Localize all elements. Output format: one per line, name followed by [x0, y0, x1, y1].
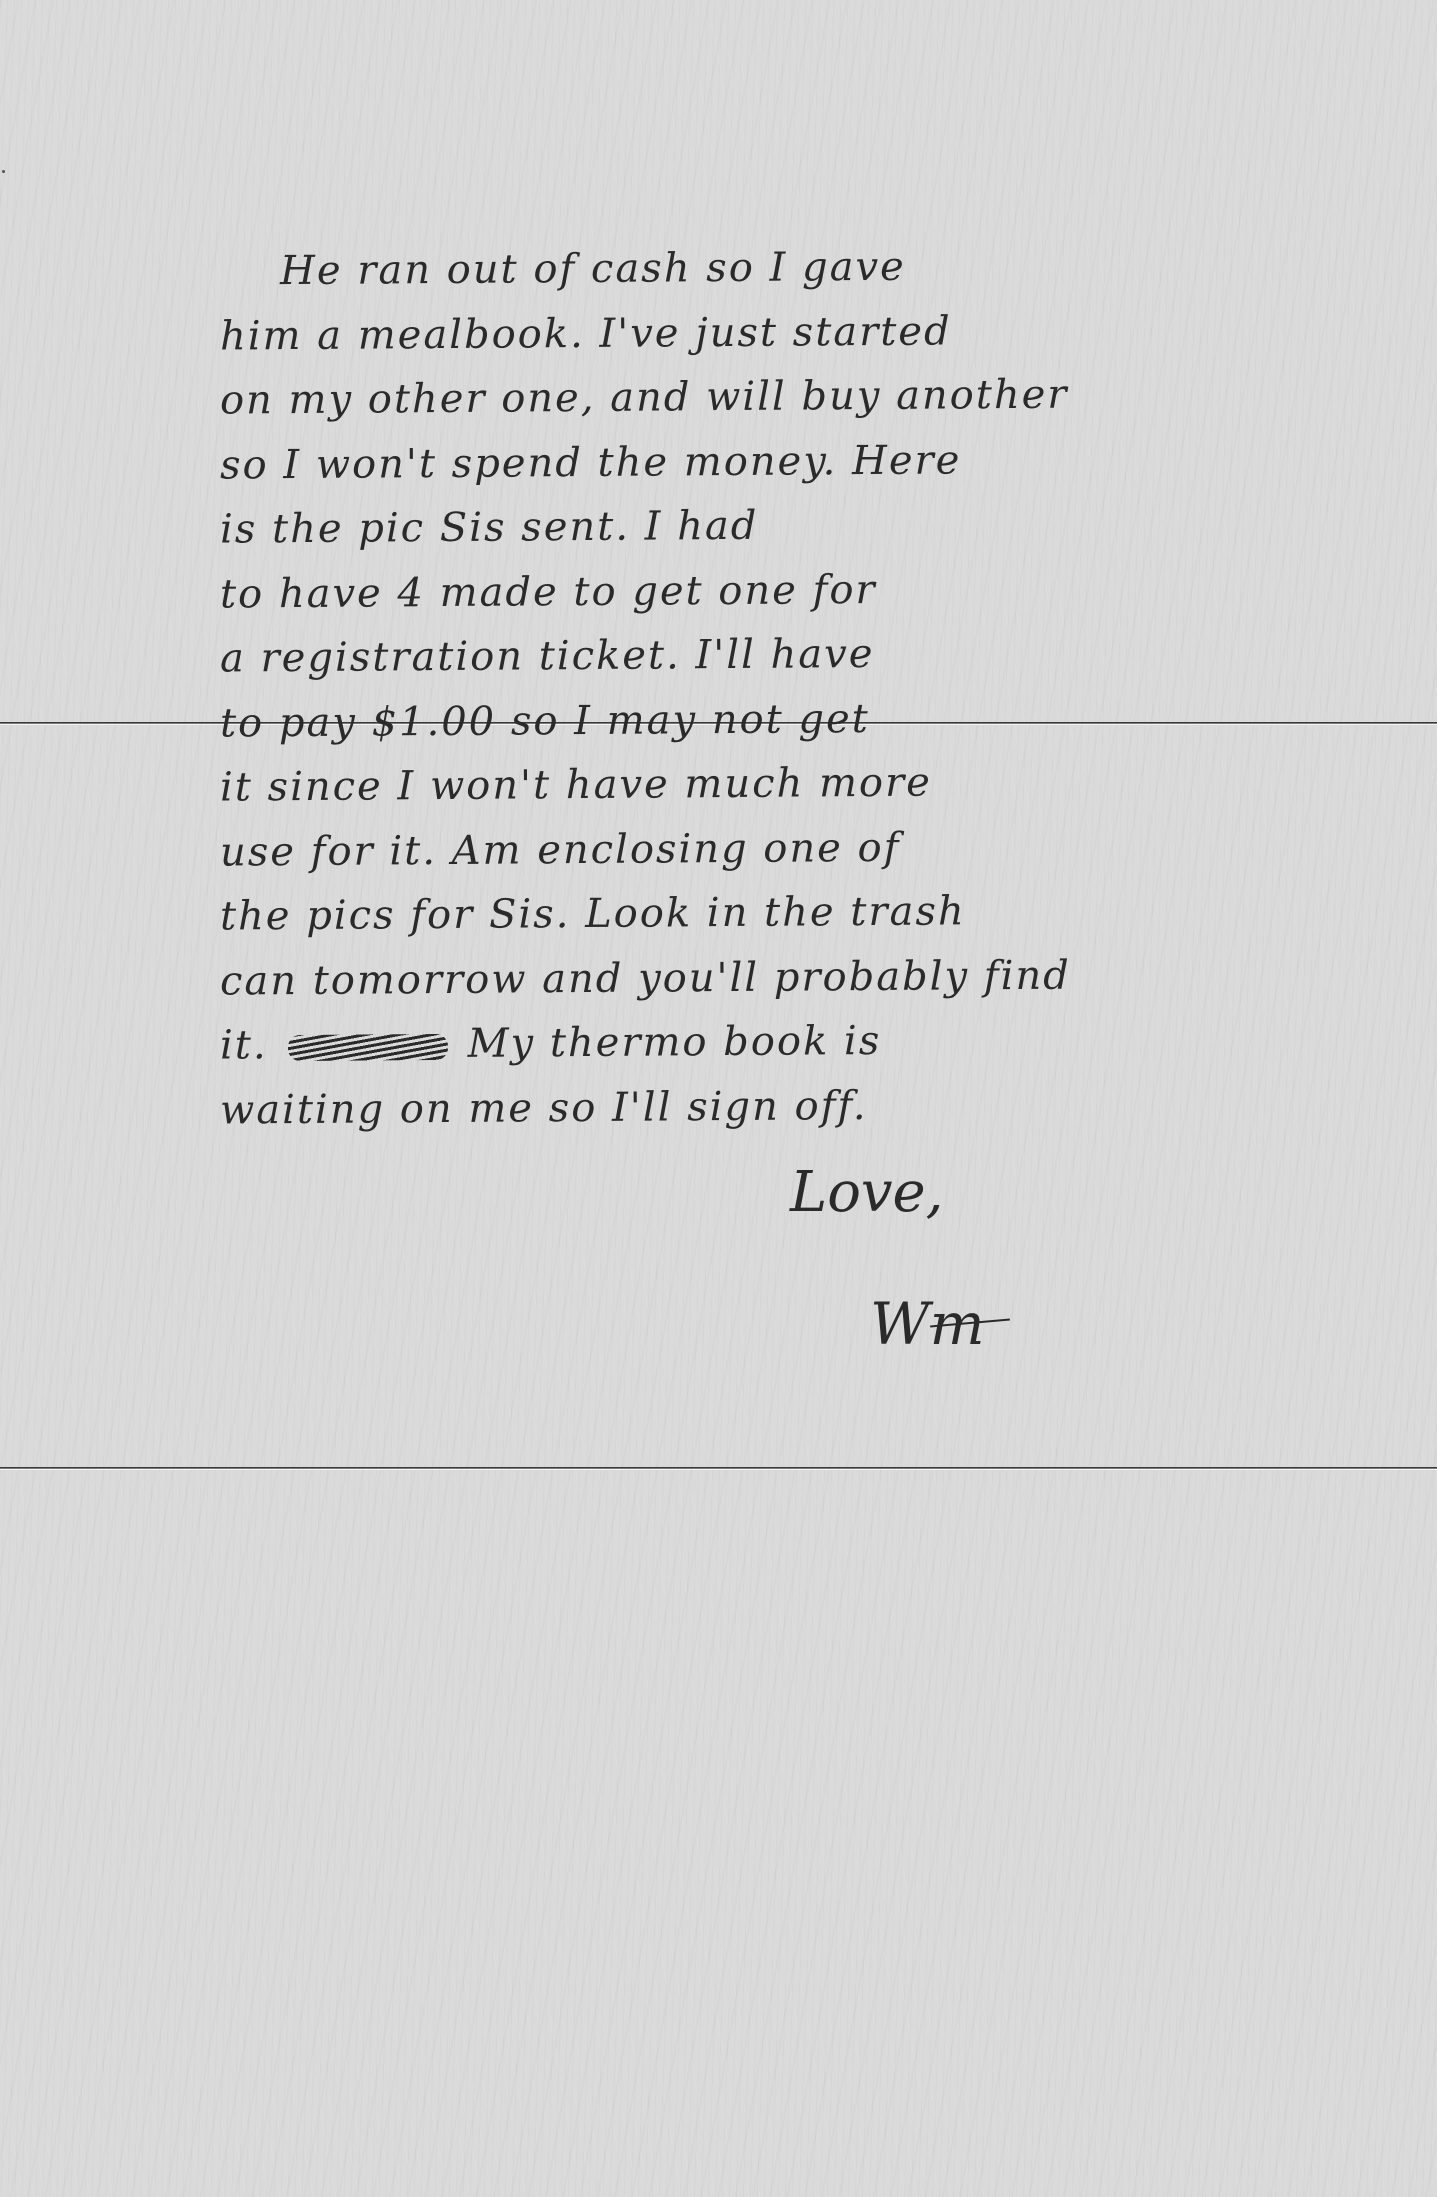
margin-mark [2, 170, 5, 173]
letter-line-with-crossout: it.My thermo book is [220, 1006, 1240, 1078]
letter-line: him a mealbook. I've just started [220, 297, 1240, 369]
letter-line: to have 4 made to get one for [220, 555, 1240, 627]
letter-closing: Love, [790, 1160, 943, 1225]
letter-line: He ran out of cash so I gave [220, 232, 1240, 304]
letter-line: the pics for Sis. Look in the trash [220, 877, 1240, 949]
letter-line: to pay $1.00 so I may not get [220, 684, 1240, 756]
letter-text: it. [220, 1022, 268, 1068]
crossed-out-word [288, 1034, 448, 1061]
fold-line-lower [0, 1467, 1437, 1470]
letter-body: He ran out of cash so I gave him a mealb… [220, 236, 1240, 1139]
letter-line: is the pic Sis sent. I had [220, 490, 1240, 562]
letter-line: can tomorrow and you'll probably find [220, 942, 1240, 1014]
letter-line: it since I won't have much more [220, 748, 1240, 820]
letter-line: so I won't spend the money. Here [220, 426, 1240, 498]
letter-line: on my other one, and will buy another [220, 361, 1240, 433]
letter-line: use for it. Am enclosing one of [220, 813, 1240, 885]
letter-line: waiting on me so I'll sign off. [220, 1071, 1240, 1143]
letter-line: a registration ticket. I'll have [220, 619, 1240, 691]
letter-text: My thermo book is [467, 1018, 881, 1067]
